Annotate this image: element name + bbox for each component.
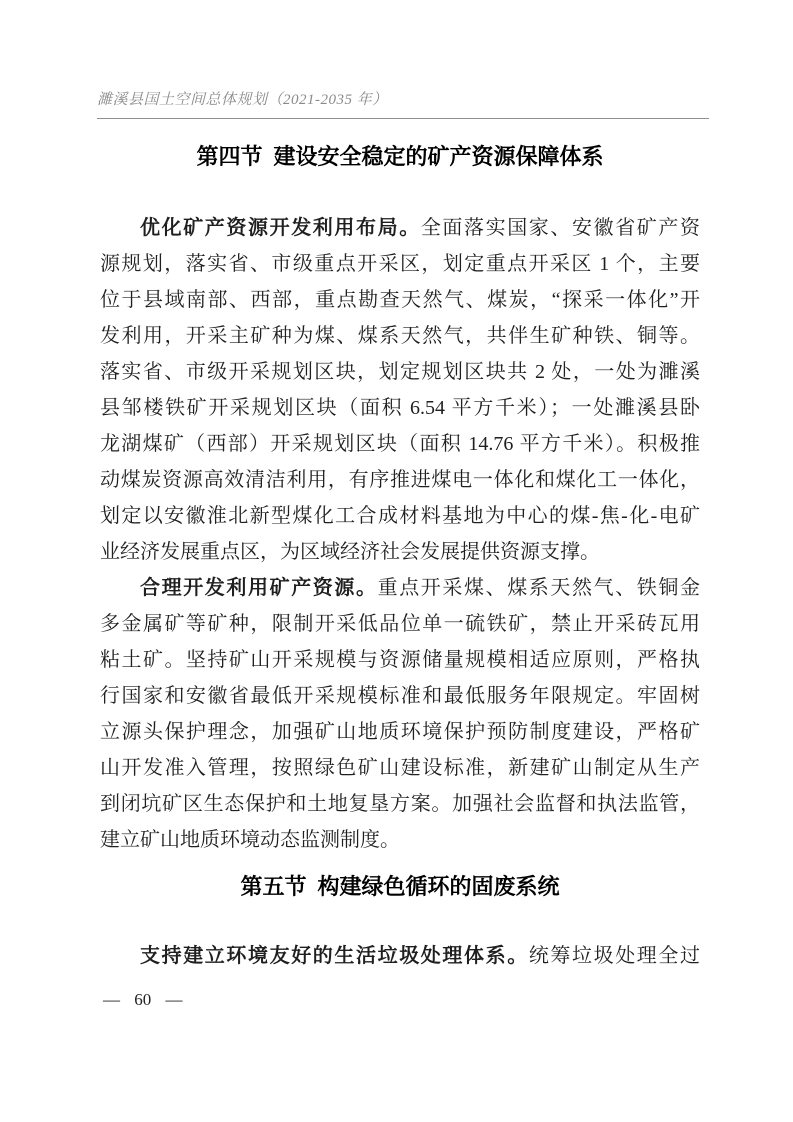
body-text: 统筹垃圾处理全过 (529, 945, 700, 967)
text-line: 优化矿产资源开发利用布局。全面落实国家、安徽省矿产资 (100, 210, 700, 246)
running-header-title: 濉溪县国土空间总体规划（2021-2035 年） (97, 92, 388, 108)
body-text: 重点开采煤、煤系天然气、铁铜金 (378, 577, 700, 599)
text-line: 龙湖煤矿（西部）开采规划区块（面积 14.76 平方千米）。积极推 (100, 426, 700, 462)
text-line: 支持建立环境友好的生活垃圾处理体系。统筹垃圾处理全过 (100, 938, 700, 974)
body-text: 山开发准入管理，按照绿色矿山建设标准，新建矿山制定从生产 (100, 757, 700, 779)
document-page: 濉溪县国土空间总体规划（2021-2035 年） 第四节 建设安全稳定的矿产资源… (0, 0, 793, 1122)
section-heading-5: 第五节 构建绿色循环的固废系统 (100, 872, 700, 902)
body-text: 划定以安徽淮北新型煤化工合成材料基地为中心的煤-焦-化-电矿 (100, 505, 700, 527)
text-line: 源规划，落实省、市级重点开采区，划定重点开采区 1 个，主要 (100, 246, 700, 282)
paragraph: 支持建立环境友好的生活垃圾处理体系。统筹垃圾处理全过 (100, 938, 700, 974)
body-text: 业经济发展重点区，为区域经济社会发展提供资源支撑。 (100, 541, 600, 563)
running-header: 濉溪县国土空间总体规划（2021-2035 年） (97, 88, 709, 119)
paragraph: 优化矿产资源开发利用布局。全面落实国家、安徽省矿产资源规划，落实省、市级重点开采… (100, 210, 700, 570)
body-text: 全面落实国家、安徽省矿产资 (421, 217, 700, 239)
lead-sentence: 支持建立环境友好的生活垃圾处理体系。 (140, 945, 529, 967)
paragraph: 合理开发利用矿产资源。重点开采煤、煤系天然气、铁铜金多金属矿等矿种，限制开采低品… (100, 570, 700, 858)
text-line: 业经济发展重点区，为区域经济社会发展提供资源支撑。 (100, 534, 700, 570)
body-text: 龙湖煤矿（西部）开采规划区块（面积 14.76 平方千米）。积极推 (100, 433, 700, 455)
body-text: 粘土矿。坚持矿山开采规模与资源储量规模相适应原则，严格执 (100, 649, 700, 671)
text-line: 划定以安徽淮北新型煤化工合成材料基地为中心的煤-焦-化-电矿 (100, 498, 700, 534)
text-line: 多金属矿等矿种，限制开采低品位单一硫铁矿，禁止开采砖瓦用 (100, 606, 700, 642)
text-line: 县邹楼铁矿开采规划区块（面积 6.54 平方千米）；一处濉溪县卧 (100, 390, 700, 426)
body-text: 动煤炭资源高效清洁利用，有序推进煤电一体化和煤化工一体化， (100, 469, 700, 491)
text-line: 落实省、市级开采规划区块，划定规划区块共 2 处，一处为濉溪 (100, 354, 700, 390)
text-line: 山开发准入管理，按照绿色矿山建设标准，新建矿山制定从生产 (100, 750, 700, 786)
section-4-body: 优化矿产资源开发利用布局。全面落实国家、安徽省矿产资源规划，落实省、市级重点开采… (100, 210, 700, 858)
text-line: 发利用，开采主矿种为煤、煤系天然气，共伴生矿种铁、铜等。 (100, 318, 700, 354)
body-text: 落实省、市级开采规划区块，划定规划区块共 2 处，一处为濉溪 (100, 361, 700, 383)
body-text: 发利用，开采主矿种为煤、煤系天然气，共伴生矿种铁、铜等。 (100, 325, 700, 347)
text-line: 到闭坑矿区生态保护和土地复垦方案。加强社会监督和执法监管， (100, 786, 700, 822)
body-text: 多金属矿等矿种，限制开采低品位单一硫铁矿，禁止开采砖瓦用 (100, 613, 700, 635)
section-5-body: 支持建立环境友好的生活垃圾处理体系。统筹垃圾处理全过 (100, 938, 700, 974)
text-line: 合理开发利用矿产资源。重点开采煤、煤系天然气、铁铜金 (100, 570, 700, 606)
body-text: 县邹楼铁矿开采规划区块（面积 6.54 平方千米）；一处濉溪县卧 (100, 397, 700, 419)
body-text: 源规划，落实省、市级重点开采区，划定重点开采区 1 个，主要 (100, 253, 700, 275)
text-line: 行国家和安徽省最低开采规模标准和最低服务年限规定。牢固树 (100, 678, 700, 714)
body-text: 立源头保护理念，加强矿山地质环境保护预防制度建设，严格矿 (100, 721, 700, 743)
text-line: 粘土矿。坚持矿山开采规模与资源储量规模相适应原则，严格执 (100, 642, 700, 678)
body-text: 到闭坑矿区生态保护和土地复垦方案。加强社会监督和执法监管， (100, 793, 700, 815)
section-heading-4: 第四节 建设安全稳定的矿产资源保障体系 (100, 142, 700, 172)
lead-sentence: 合理开发利用矿产资源。 (140, 577, 378, 599)
text-line: 动煤炭资源高效清洁利用，有序推进煤电一体化和煤化工一体化， (100, 462, 700, 498)
text-line: 立源头保护理念，加强矿山地质环境保护预防制度建设，严格矿 (100, 714, 700, 750)
body-text: 行国家和安徽省最低开采规模标准和最低服务年限规定。牢固树 (100, 685, 700, 707)
page-content: 第四节 建设安全稳定的矿产资源保障体系 优化矿产资源开发利用布局。全面落实国家、… (100, 142, 700, 974)
text-line: 位于县域南部、西部，重点勘查天然气、煤炭，“探采一体化”开 (100, 282, 700, 318)
body-text: 位于县域南部、西部，重点勘查天然气、煤炭，“探采一体化”开 (100, 289, 700, 311)
lead-sentence: 优化矿产资源开发利用布局。 (140, 217, 421, 239)
body-text: 建立矿山地质环境动态监测制度。 (100, 829, 400, 851)
page-number: — 60 — (103, 990, 183, 1010)
text-line: 建立矿山地质环境动态监测制度。 (100, 822, 700, 858)
